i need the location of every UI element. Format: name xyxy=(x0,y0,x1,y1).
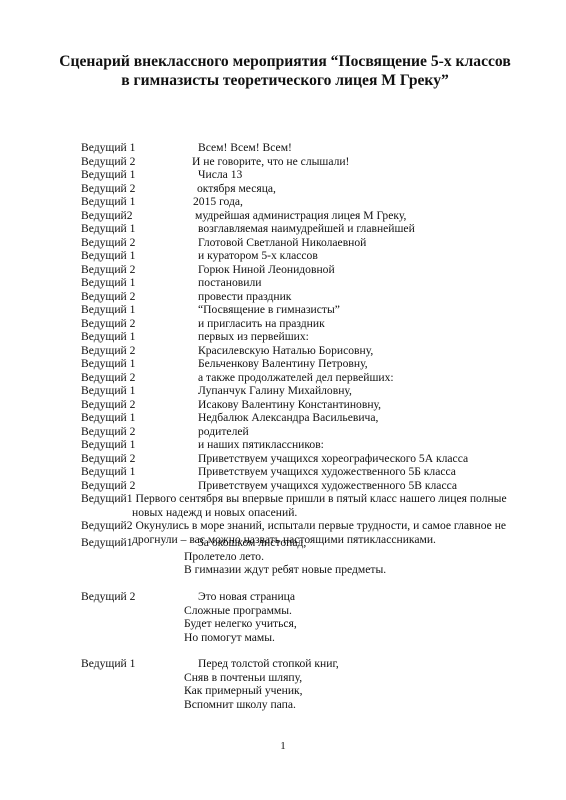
poem-line: Как примерный ученик, xyxy=(184,684,566,698)
dialog-line: Ведущий 2И не говорите, что не слышали! xyxy=(81,155,521,169)
line-text: и наших пятиклассников: xyxy=(198,438,324,452)
speaker-label: Ведущий 2 xyxy=(81,479,135,493)
speaker-label: Ведущий2 xyxy=(81,519,133,532)
poem-line: За окошком листопад, xyxy=(198,536,566,550)
line-text: и куратором 5-х классов xyxy=(198,249,318,263)
paragraph-text-line-1: Первого сентября вы впервые пришли в пят… xyxy=(135,492,506,505)
line-text: первых из первейших: xyxy=(198,330,309,344)
paragraph-text-line-1: Окунулись в море знаний, испытали первые… xyxy=(135,519,506,532)
page-number: 1 xyxy=(0,740,566,752)
speaker-label: Ведущий1 xyxy=(81,536,133,550)
speaker-label: Ведущий 1 xyxy=(81,303,135,317)
line-text: Лупанчук Галину Михайловну, xyxy=(198,384,352,398)
line-text: возглавляемая наимудрейшей и главнейшей xyxy=(198,222,415,236)
line-text: Приветствуем учащихся хореографического … xyxy=(198,452,468,466)
dialog-line: Ведущий2мудрейшая администрация лицея М … xyxy=(81,209,521,223)
poem-line: Сложные программы. xyxy=(184,604,566,618)
poem-line: Сняв в почтеньи шляпу, xyxy=(184,671,566,685)
line-text: и пригласить на праздник xyxy=(198,317,325,331)
speaker-label: Ведущий 1 xyxy=(81,141,135,155)
document-title: Сценарий внеклассного мероприятия “Посвя… xyxy=(40,52,530,90)
speaker-label: Ведущий1 xyxy=(81,492,133,505)
dialog-line: Ведущий 1Всем! Всем! Всем! xyxy=(81,141,521,155)
line-text: “Посвящение в гимназисты” xyxy=(198,303,340,317)
line-text: И не говорите, что не слышали! xyxy=(192,155,349,169)
speaker-label: Ведущий 2 xyxy=(81,371,135,385)
dialog-line: Ведущий 1Бельченкову Валентину Петровну, xyxy=(81,357,521,371)
line-text: Красилевскую Наталью Борисовну, xyxy=(198,344,373,358)
speaker-label: Ведущий 2 xyxy=(81,263,135,277)
speaker-label: Ведущий 2 xyxy=(81,425,135,439)
dialog-line: Ведущий 1постановили xyxy=(81,276,521,290)
speaker-label: Ведущий 1 xyxy=(81,657,135,671)
line-text: а также продолжателей дел первейших: xyxy=(198,371,394,385)
dialog-line: Ведущий 2родителей xyxy=(81,425,521,439)
dialog-line: Ведущий 12015 года, xyxy=(81,195,521,209)
line-text: постановили xyxy=(198,276,261,290)
speaker-label: Ведущий 1 xyxy=(81,195,135,209)
dialog-line: Ведущий 2Приветствуем учащихся хореограф… xyxy=(81,452,521,466)
dialog-line: Ведущий 2октября месяца, xyxy=(81,182,521,196)
speaker-label: Ведущий 2 xyxy=(81,290,135,304)
speaker-label: Ведущий 1 xyxy=(81,249,135,263)
dialog-line: Ведущий 2Глотовой Светланой Николаевной xyxy=(81,236,521,250)
speaker-label: Ведущий 2 xyxy=(81,590,135,604)
poem-line: Пролетело лето. xyxy=(184,550,566,564)
line-text: 2015 года, xyxy=(193,195,243,209)
line-text: Исакову Валентину Константиновну, xyxy=(198,398,381,412)
speaker-label: Ведущий 2 xyxy=(81,398,135,412)
speaker-label: Ведущий 2 xyxy=(81,344,135,358)
dialog-line: Ведущий 2Красилевскую Наталью Борисовну, xyxy=(81,344,521,358)
dialog-line: Ведущий 2Приветствуем учащихся художеств… xyxy=(81,479,521,493)
speaker-label: Ведущий 2 xyxy=(81,182,135,196)
poem-stanza: Ведущий1За окошком листопад,Пролетело ле… xyxy=(81,536,501,577)
speaker-label: Ведущий 2 xyxy=(81,236,135,250)
line-text: Недбалюк Александра Васильевича, xyxy=(198,411,378,425)
dialog-list: Ведущий 1Всем! Всем! Всем!Ведущий 2И не … xyxy=(81,141,521,492)
speaker-label: Ведущий 1 xyxy=(81,330,135,344)
line-text: Всем! Всем! Всем! xyxy=(198,141,292,155)
speaker-label: Ведущий 1 xyxy=(81,411,135,425)
dialog-line: Ведущий 1“Посвящение в гимназисты” xyxy=(81,303,521,317)
dialog-line: Ведущий 1и наших пятиклассников: xyxy=(81,438,521,452)
speaker-label: Ведущий2 xyxy=(81,209,133,223)
speech-paragraph: Ведущий1 Первого сентября вы впервые при… xyxy=(81,492,501,519)
line-text: Числа 13 xyxy=(198,168,242,182)
paragraph-text-line-2: новых надежд и новых опасений. xyxy=(81,506,501,520)
line-text: Горюк Ниной Леонидовной xyxy=(198,263,335,277)
poem-line: Перед толстой стопкой книг, xyxy=(198,657,566,671)
poem-line: Это новая страница xyxy=(198,590,566,604)
dialog-line: Ведущий 1и куратором 5-х классов xyxy=(81,249,521,263)
speaker-label: Ведущий 2 xyxy=(81,452,135,466)
line-text: Приветствуем учащихся художественного 5Б… xyxy=(198,465,456,479)
dialog-line: Ведущий 1возглавляемая наимудрейшей и гл… xyxy=(81,222,521,236)
dialog-line: Ведущий 2Горюк Ниной Леонидовной xyxy=(81,263,521,277)
line-text: октября месяца, xyxy=(197,182,276,196)
speaker-label: Ведущий 1 xyxy=(81,276,135,290)
poem-line: Будет нелегко учиться, xyxy=(184,617,566,631)
dialog-line: Ведущий 1Недбалюк Александра Васильевича… xyxy=(81,411,521,425)
speaker-label: Ведущий 2 xyxy=(81,155,135,169)
dialog-line: Ведущий 2а также продолжателей дел перве… xyxy=(81,371,521,385)
poem-line: Но помогут мамы. xyxy=(184,631,566,645)
speaker-label: Ведущий 1 xyxy=(81,357,135,371)
speaker-label: Ведущий 1 xyxy=(81,465,135,479)
line-text: Бельченкову Валентину Петровну, xyxy=(198,357,368,371)
poem-line: Вспомнит школу папа. xyxy=(184,698,566,712)
poem-stanza: Ведущий 2Это новая страницаСложные прогр… xyxy=(81,590,501,644)
dialog-line: Ведущий 1первых из первейших: xyxy=(81,330,521,344)
speaker-label: Ведущий 1 xyxy=(81,384,135,398)
speaker-label: Ведущий 1 xyxy=(81,168,135,182)
speaker-label: Ведущий 1 xyxy=(81,222,135,236)
dialog-line: Ведущий 2провести праздник xyxy=(81,290,521,304)
dialog-line: Ведущий 1Приветствуем учащихся художеств… xyxy=(81,465,521,479)
line-text: родителей xyxy=(198,425,249,439)
title-line-2: в гимназисты теоретического лицея М Грек… xyxy=(40,71,530,90)
line-text: Приветствуем учащихся художественного 5В… xyxy=(198,479,457,493)
dialog-line: Ведущий 2Исакову Валентину Константиновн… xyxy=(81,398,521,412)
line-text: провести праздник xyxy=(198,290,291,304)
dialog-line: Ведущий 1Лупанчук Галину Михайловну, xyxy=(81,384,521,398)
line-text: Глотовой Светланой Николаевной xyxy=(198,236,366,250)
title-line-1: Сценарий внеклассного мероприятия “Посвя… xyxy=(40,52,530,71)
line-text: мудрейшая администрация лицея М Греку, xyxy=(195,209,406,223)
speaker-label: Ведущий 1 xyxy=(81,438,135,452)
poem-stanza: Ведущий 1Перед толстой стопкой книг,Сняв… xyxy=(81,657,501,711)
poem-line: В гимназии ждут ребят новые предметы. xyxy=(184,563,566,577)
dialog-line: Ведущий 1Числа 13 xyxy=(81,168,521,182)
dialog-line: Ведущий 2и пригласить на праздник xyxy=(81,317,521,331)
speaker-label: Ведущий 2 xyxy=(81,317,135,331)
